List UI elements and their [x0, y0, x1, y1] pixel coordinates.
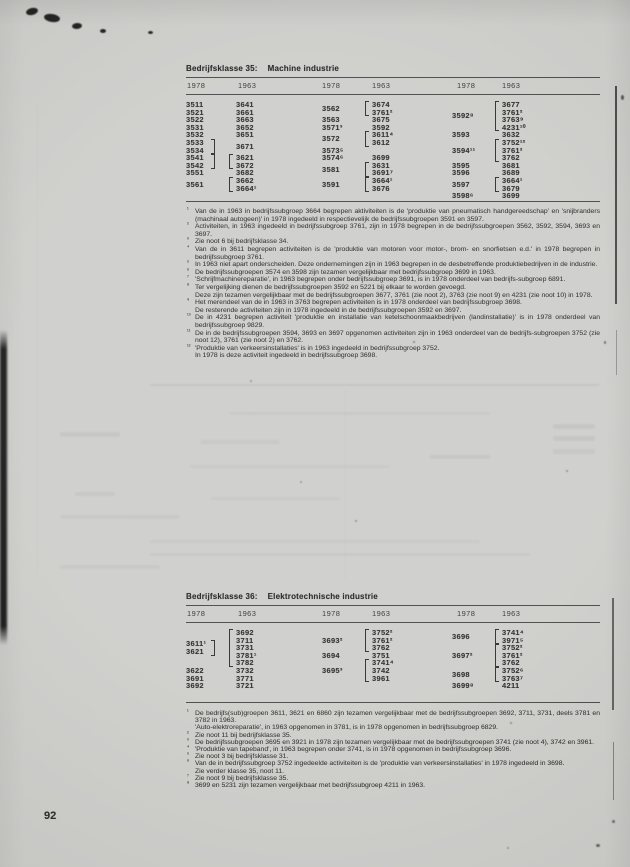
codes-1963: 3692371137313781¹3782 — [236, 629, 257, 667]
col-header-1978: 1978 — [187, 81, 205, 90]
bracket-left — [229, 629, 233, 667]
code-1978: 3561 — [186, 181, 206, 189]
footnote-text: In 1963 niet apart onderscheiden. Deze o… — [195, 261, 600, 269]
table-rule — [186, 94, 600, 95]
code-group: 3699⁸ — [452, 682, 474, 690]
scan-speck — [300, 481, 302, 483]
scan-bleedthrough — [60, 432, 120, 437]
scan-speck — [596, 844, 600, 847]
code-group: 3664¹3679 — [502, 177, 523, 192]
bracket-left — [495, 139, 499, 162]
code-1963: 3664¹ — [236, 185, 257, 193]
scan-speck — [507, 847, 509, 849]
table-35-title-label: Bedrijfsklasse 35: — [186, 64, 258, 73]
footnote-marker: ⁴ — [187, 245, 189, 251]
table-36-title-label: Bedrijfsklasse 36: — [186, 592, 258, 601]
footnote: ³Zie noot 6 bij bedrijfsklasse 34. — [186, 238, 600, 246]
codes-1963: 3699 — [502, 192, 522, 200]
scan-binding-shadow — [0, 330, 7, 645]
codes-1978: 3699⁸ — [452, 682, 502, 690]
footnote-marker: ³ — [187, 738, 189, 744]
footnote: ⁸Ter vergelijking dienen de bedrijfssubg… — [186, 284, 600, 299]
footnote: ¹¹De in de bedrijfssubgroepen 3594, 3693… — [186, 330, 600, 345]
code-1978: 3596 — [452, 169, 472, 177]
col-header-1963: 1963 — [372, 609, 390, 618]
codes-1978: 3598⁶ — [452, 192, 502, 200]
code-group: 36743761² — [372, 101, 393, 116]
codes-1963: 3671 — [236, 143, 256, 151]
table-rule — [186, 77, 600, 78]
mapping-row: 35723611⁴3612 — [322, 131, 393, 146]
footnote: ¹⁰De in 4231 begrepen activiteit 'produk… — [186, 314, 600, 329]
scan-speck — [612, 820, 615, 823]
code-group: 3611¹3621 — [186, 640, 206, 655]
code-group: 3752²3761²3762 — [372, 629, 393, 652]
footnote-marker: ⁶ — [187, 759, 189, 765]
codes-1963: 36213672 — [236, 154, 256, 169]
scan-page-edge — [615, 86, 617, 304]
codes-1963: 3752²3761²3762 — [372, 629, 393, 652]
code-panel: 356236743761²356336753571³359235723611⁴3… — [322, 101, 393, 192]
code-1978: 3562 — [322, 105, 342, 113]
codes-1963: 3664¹3676 — [372, 177, 393, 192]
code-group: 3671 — [236, 143, 256, 151]
footnote: ⁹Het merendeel van de in 1963 in 3763 be… — [186, 299, 600, 314]
code-1978: 3692 — [186, 682, 206, 690]
footnote-text: De in 4231 begrepen activiteit 'produkti… — [195, 314, 600, 329]
codes-1963: 3741⁴37423961 — [372, 659, 394, 682]
code-1978: 3697² — [452, 652, 473, 660]
bracket-left — [229, 154, 233, 169]
codes-1963: 3741⁴3971⁵ — [502, 629, 524, 644]
col-header-1978: 1978 — [322, 81, 340, 90]
bracket-left — [365, 629, 369, 652]
scanned-document-page: Bedrijfsklasse 35: Machine industrie 197… — [0, 0, 630, 867]
col-header-1963: 1963 — [502, 609, 520, 618]
footnote-text: De bedrijfs(sub)groepen 3611, 3621 en 68… — [195, 710, 600, 724]
codes-1963: 36623664¹ — [236, 177, 257, 192]
scan-ink-speck — [148, 31, 153, 34]
bracket-right — [211, 139, 215, 154]
page-number: 92 — [44, 810, 56, 822]
mapping-row: 3594¹¹3752¹²3761²3762 — [452, 139, 526, 162]
code-group: 3572 — [322, 135, 342, 143]
code-1963: 3721 — [236, 682, 256, 690]
bracket-left — [229, 177, 233, 192]
footnote: ⁸3699 en 5231 zijn tezamen vergelijkbaar… — [186, 782, 600, 789]
footnote: ²Zie noot 11 bij bedrijfsklasse 35. — [186, 732, 600, 739]
codes-1978: 3596 — [452, 169, 502, 177]
table-36-title: Bedrijfsklasse 36: Elektrotechnische ind… — [186, 592, 600, 601]
codes-1963: 3752⁶3763⁷ — [502, 667, 524, 682]
footnote-marker: ³ — [187, 237, 189, 243]
code-group: 3598⁶ — [452, 192, 474, 200]
codes-1963: 36743761² — [372, 101, 393, 116]
code-1978: 3699⁸ — [452, 682, 474, 690]
code-1978: 3581 — [322, 166, 342, 174]
code-group: 3562 — [322, 105, 342, 113]
mapping-row: 358136313691⁷ — [322, 162, 393, 177]
code-group: 3594¹¹ — [452, 147, 475, 155]
code-panel: 3592⁸36773761²3763⁹4231¹⁰359336323594¹¹3… — [452, 101, 526, 200]
scan-ink-speck — [72, 23, 82, 30]
code-group: 3698 — [452, 671, 472, 679]
code-1978: 3592⁸ — [452, 112, 474, 120]
footnote: ⁷'Schrijfmachinereparatie', in 1963 begr… — [186, 276, 600, 284]
code-group: 3741⁴37423961 — [372, 659, 394, 682]
codes-1963: 3611⁴3612 — [372, 131, 393, 146]
col-header-1963: 1963 — [238, 81, 256, 90]
codes-1978: 3694 — [322, 652, 372, 660]
code-group: 3561 — [186, 181, 206, 189]
footnote-text: 3699 en 5231 zijn tezamen vergelijkbaar … — [195, 782, 600, 789]
code-1963: 3651 — [236, 131, 256, 139]
scan-ink-speck — [43, 13, 60, 23]
table-35-title: Bedrijfsklasse 35: Machine industrie — [186, 64, 600, 73]
footnote-marker: ¹ — [187, 207, 189, 213]
code-group: 36623664¹ — [236, 177, 257, 192]
col-header-1978: 1978 — [322, 609, 340, 618]
scan-bleedthrough — [150, 553, 530, 556]
col-header-1978: 1978 — [457, 609, 475, 618]
scan-speck — [566, 470, 568, 472]
bracket-left — [495, 667, 499, 682]
footnote-text: Van de in 1963 in bedrijfssubgroep 3664 … — [195, 208, 600, 223]
bracket-right — [211, 640, 215, 655]
mapping-row: 3693²3752²3761²3762 — [322, 629, 394, 652]
scan-page-edge — [612, 598, 614, 710]
footnote-marker: ⁸ — [187, 781, 189, 787]
footnote-text: Zie noot 9 bij bedrijfsklasse 35. — [195, 775, 600, 782]
code-group: 3752²3761²3762 — [502, 644, 523, 667]
footnote: ⁴Van de in 3611 begrepen activiteiten is… — [186, 246, 600, 261]
codes-1963: 36773761²3763⁹4231¹⁰ — [502, 101, 526, 131]
code-1978: 3574⁶ — [322, 154, 344, 162]
bracket-left — [365, 101, 369, 116]
codes-1963: 4211 — [502, 682, 522, 690]
bracket-left — [365, 177, 369, 192]
scan-bleedthrough — [553, 449, 595, 454]
code-group: 3752¹²3761²3762 — [502, 139, 525, 162]
footnote-text: Zie noot 6 bij bedrijfsklasse 34. — [195, 238, 600, 246]
scan-fold-line — [345, 390, 346, 580]
code-group: 3596 — [452, 169, 472, 177]
code-group: 3581 — [322, 166, 342, 174]
code-1978: 3597 — [452, 181, 472, 189]
code-group: 3571³ — [322, 124, 343, 132]
footnotes: ¹Van de in 1963 in bedrijfssubgroep 3664… — [186, 208, 600, 360]
footnote-marker: ¹¹ — [187, 329, 190, 335]
mapping-row: 353335343671 — [186, 139, 257, 154]
code-1978: 3695³ — [322, 667, 343, 675]
codes-1963: 3651 — [236, 131, 256, 139]
code-group: 3651 — [236, 131, 256, 139]
scan-bleedthrough — [553, 436, 595, 441]
footnote-text: 'Schrijfmachinereparatie', in 1963 begre… — [195, 276, 600, 284]
footnote-text: Activiteiten, in 1963 ingedeeld in bedri… — [195, 223, 600, 238]
footnote-text: In 1978 is deze activiteit ingedeeld in … — [195, 352, 600, 360]
scan-ink-speck — [25, 7, 38, 17]
footnote-text: Van de in 3611 begrepen activiteiten is … — [195, 246, 600, 261]
scan-fold-line — [37, 100, 38, 580]
footnote-marker: ⁵ — [187, 752, 189, 758]
mapping-row: 3699⁸4211 — [452, 682, 524, 690]
bracket-left — [495, 629, 499, 644]
col-header-1963: 1963 — [238, 609, 256, 618]
code-group: 3592⁸ — [452, 112, 474, 120]
mapping-row: 36983752⁶3763⁷ — [452, 667, 524, 682]
code-group: 3551 — [186, 169, 206, 177]
mapping-row: 3611¹36213692371137313781¹3782 — [186, 629, 257, 667]
code-group: 4211 — [502, 682, 522, 690]
code-1963: 3676 — [372, 185, 393, 193]
footnote-marker: ⁷ — [187, 275, 189, 281]
code-group: 3664¹3676 — [372, 177, 393, 192]
footnote-marker: ⁴ — [187, 745, 189, 751]
table-35-title-name: Machine industrie — [268, 64, 339, 73]
footnote: ⁶Van de in bedrijfssubgroep 3752 ingedee… — [186, 760, 600, 774]
code-group: 3692 — [186, 682, 206, 690]
scan-page-edge — [616, 330, 617, 375]
mapping-row: 3592⁸36773761²3763⁹4231¹⁰ — [452, 101, 526, 131]
footnote-text: De in de bedrijfssubgroepen 3594, 3693 e… — [195, 330, 600, 345]
code-group: 35333534 — [186, 139, 206, 154]
footnotes: ¹De bedrijfs(sub)groepen 3611, 3621 en 6… — [186, 710, 600, 789]
mapping-row: 36923721 — [186, 682, 257, 690]
footnote-marker: ⁹ — [187, 298, 189, 304]
code-group: 3693² — [322, 637, 343, 645]
col-header-1978: 1978 — [187, 609, 205, 618]
footnote: ¹²'Produktie van verkeersinstallaties' i… — [186, 345, 600, 360]
scan-bleedthrough — [60, 515, 180, 519]
code-group: 3699 — [502, 192, 522, 200]
code-group: 36213672 — [236, 154, 256, 169]
table-rule — [186, 605, 600, 606]
footnote-marker: ¹⁰ — [187, 313, 191, 319]
codes-1978: 3574⁶ — [322, 154, 372, 162]
footnote: ³De bedrijfssubgroepen 3695 en 3921 in 1… — [186, 739, 600, 746]
footnote-marker: ⁵ — [187, 260, 189, 266]
bracket-right — [211, 154, 215, 169]
codes-1978: 3692 — [186, 682, 236, 690]
code-group: 3692371137313781¹3782 — [236, 629, 257, 667]
bracket-left — [365, 131, 369, 146]
scan-bleedthrough — [60, 565, 160, 569]
scan-bleedthrough — [230, 412, 490, 415]
code-group: 36313691⁷ — [372, 162, 393, 177]
code-group: 3593 — [452, 131, 472, 139]
code-1978: 3594¹¹ — [452, 147, 475, 155]
code-1963: 3612 — [372, 139, 393, 147]
footnote-text: Het merendeel van de in 1963 in 3763 beg… — [195, 299, 600, 307]
table-bedrijfsklasse-36: Bedrijfsklasse 36: Elektrotechnische ind… — [186, 592, 600, 822]
codes-1978: 3593 — [452, 131, 502, 139]
scan-bleedthrough — [210, 497, 340, 500]
footnote-marker: ¹ — [187, 709, 189, 715]
code-group: 35413542 — [186, 154, 206, 169]
scan-ink-speck — [100, 29, 106, 33]
footnote-text: 'Auto-elektroreparatie', in 1963 opgenom… — [195, 724, 600, 731]
footnote: ⁷Zie noot 9 bij bedrijfsklasse 35. — [186, 775, 600, 782]
scan-bleedthrough — [190, 465, 390, 468]
footnote-text: Ter vergelijking dienen de bedrijfssubgr… — [195, 284, 600, 292]
footnote-text: Van de in bedrijfssubgroep 3752 ingedeel… — [195, 760, 600, 767]
footnote-marker: ⁸ — [187, 283, 189, 289]
codes-1963: 3752²3761²3762 — [502, 644, 523, 667]
codes-1963: 36313691⁷ — [372, 162, 393, 177]
scan-speck — [621, 95, 624, 100]
footnote: ¹Van de in 1963 in bedrijfssubgroep 3664… — [186, 208, 600, 223]
code-group: 3694 — [322, 652, 342, 660]
scan-speck — [604, 341, 606, 344]
footnote-marker: ⁶ — [187, 268, 189, 274]
footnote: ¹De bedrijfs(sub)groepen 3611, 3621 en 6… — [186, 710, 600, 732]
code-1978: 3693² — [322, 637, 343, 645]
code-1963: 4211 — [502, 682, 522, 690]
code-panel: 3693²3752²3761²3762369437513695³3741⁴374… — [322, 629, 394, 682]
code-1978: 3621 — [186, 648, 206, 656]
code-panel: 36963741⁴3971⁵3697²3752²3761²37623698375… — [452, 629, 524, 690]
bracket-left — [495, 101, 499, 131]
scan-bleedthrough — [553, 424, 595, 429]
code-1978: 3572 — [322, 135, 342, 143]
mapping-row: 35913664¹3676 — [322, 177, 393, 192]
scan-speck — [355, 520, 357, 522]
col-header-1963: 1963 — [502, 81, 520, 90]
code-group: 3574⁶ — [322, 154, 344, 162]
table-rule — [186, 201, 600, 202]
footnote-marker: ⁷ — [187, 774, 189, 780]
scan-bleedthrough — [75, 492, 115, 496]
code-group: 3591 — [322, 181, 342, 189]
code-group: 3611⁴3612 — [372, 131, 393, 146]
code-group: 3597 — [452, 181, 472, 189]
code-1978: 3698 — [452, 671, 472, 679]
mapping-row: 3695³3741⁴37423961 — [322, 659, 394, 682]
col-header-1963: 1963 — [372, 81, 390, 90]
footnote-marker: ² — [187, 731, 189, 737]
bracket-left — [365, 659, 369, 682]
codes-1978: 3551 — [186, 169, 236, 177]
scan-bleedthrough — [430, 455, 490, 459]
bracket-left — [495, 644, 499, 667]
code-1978: 3571³ — [322, 124, 343, 132]
code-group: 3752⁶3763⁷ — [502, 667, 524, 682]
code-panel: 3511364135213661352236633531365235323651… — [186, 101, 257, 192]
mapping-row: 36963741⁴3971⁵ — [452, 629, 524, 644]
table-rule — [186, 622, 600, 623]
mapping-row: 356236743761² — [322, 101, 393, 116]
scan-bleedthrough — [200, 440, 280, 444]
mapping-row: 356136623664¹ — [186, 177, 257, 192]
code-panel: 3611¹36213692371137313781¹37823622373236… — [186, 629, 257, 690]
table-bedrijfsklasse-35: Bedrijfsklasse 35: Machine industrie 197… — [186, 64, 600, 384]
code-group: 3721 — [236, 682, 256, 690]
codes-1978: 35333534 — [186, 139, 236, 154]
code-1963: 3699 — [502, 192, 522, 200]
scan-bleedthrough — [150, 384, 600, 386]
bracket-left — [495, 177, 499, 192]
footnote-marker: ² — [187, 222, 189, 228]
code-1978: 3598⁶ — [452, 192, 474, 200]
scan-bleedthrough — [150, 540, 480, 543]
code-1978: 3694 — [322, 652, 342, 660]
col-header-1978: 1978 — [457, 81, 475, 90]
code-1978: 3551 — [186, 169, 206, 177]
footnote: ²Activiteiten, in 1963 ingedeeld in bedr… — [186, 223, 600, 238]
code-group: 3697² — [452, 652, 473, 660]
codes-1963: 3752¹²3761²3762 — [502, 139, 525, 162]
footnote-text: Zie verder klasse 35, noot 11. — [195, 768, 600, 775]
footnote-text: De bedrijfssubgroepen 3695 en 3921 in 19… — [195, 739, 600, 746]
code-group: 36773761²3763⁹4231¹⁰ — [502, 101, 526, 131]
table-rule — [186, 702, 600, 703]
code-1978: 3696 — [452, 633, 472, 641]
mapping-row: 35973664¹3679 — [452, 177, 526, 192]
footnote-text: Deze zijn tezamen vergelijkbaar met de b… — [195, 292, 600, 300]
mapping-row: 3598⁶3699 — [452, 192, 526, 200]
codes-1963: 3721 — [236, 682, 256, 690]
code-1978: 3591 — [322, 181, 342, 189]
code-1978: 3593 — [452, 131, 472, 139]
footnote: ⁵In 1963 niet apart onderscheiden. Deze … — [186, 261, 600, 269]
footnote-marker: ¹² — [187, 344, 190, 350]
footnote-text: Zie noot 11 bij bedrijfsklasse 35. — [195, 732, 600, 739]
code-group: 3696 — [452, 633, 472, 641]
table-36-title-name: Elektrotechnische industrie — [268, 592, 378, 601]
codes-1963: 3664¹3679 — [502, 177, 523, 192]
bracket-left — [365, 162, 369, 177]
code-group: 3695³ — [322, 667, 343, 675]
mapping-row: 3697²3752²3761²3762 — [452, 644, 524, 667]
codes-1978: 3571³ — [322, 124, 372, 132]
mapping-row: 3541354236213672 — [186, 154, 257, 169]
code-1963: 3671 — [236, 143, 256, 151]
scan-page-edge — [613, 742, 614, 800]
code-1963: 3961 — [372, 675, 394, 683]
code-group: 3741⁴3971⁵ — [502, 629, 524, 644]
